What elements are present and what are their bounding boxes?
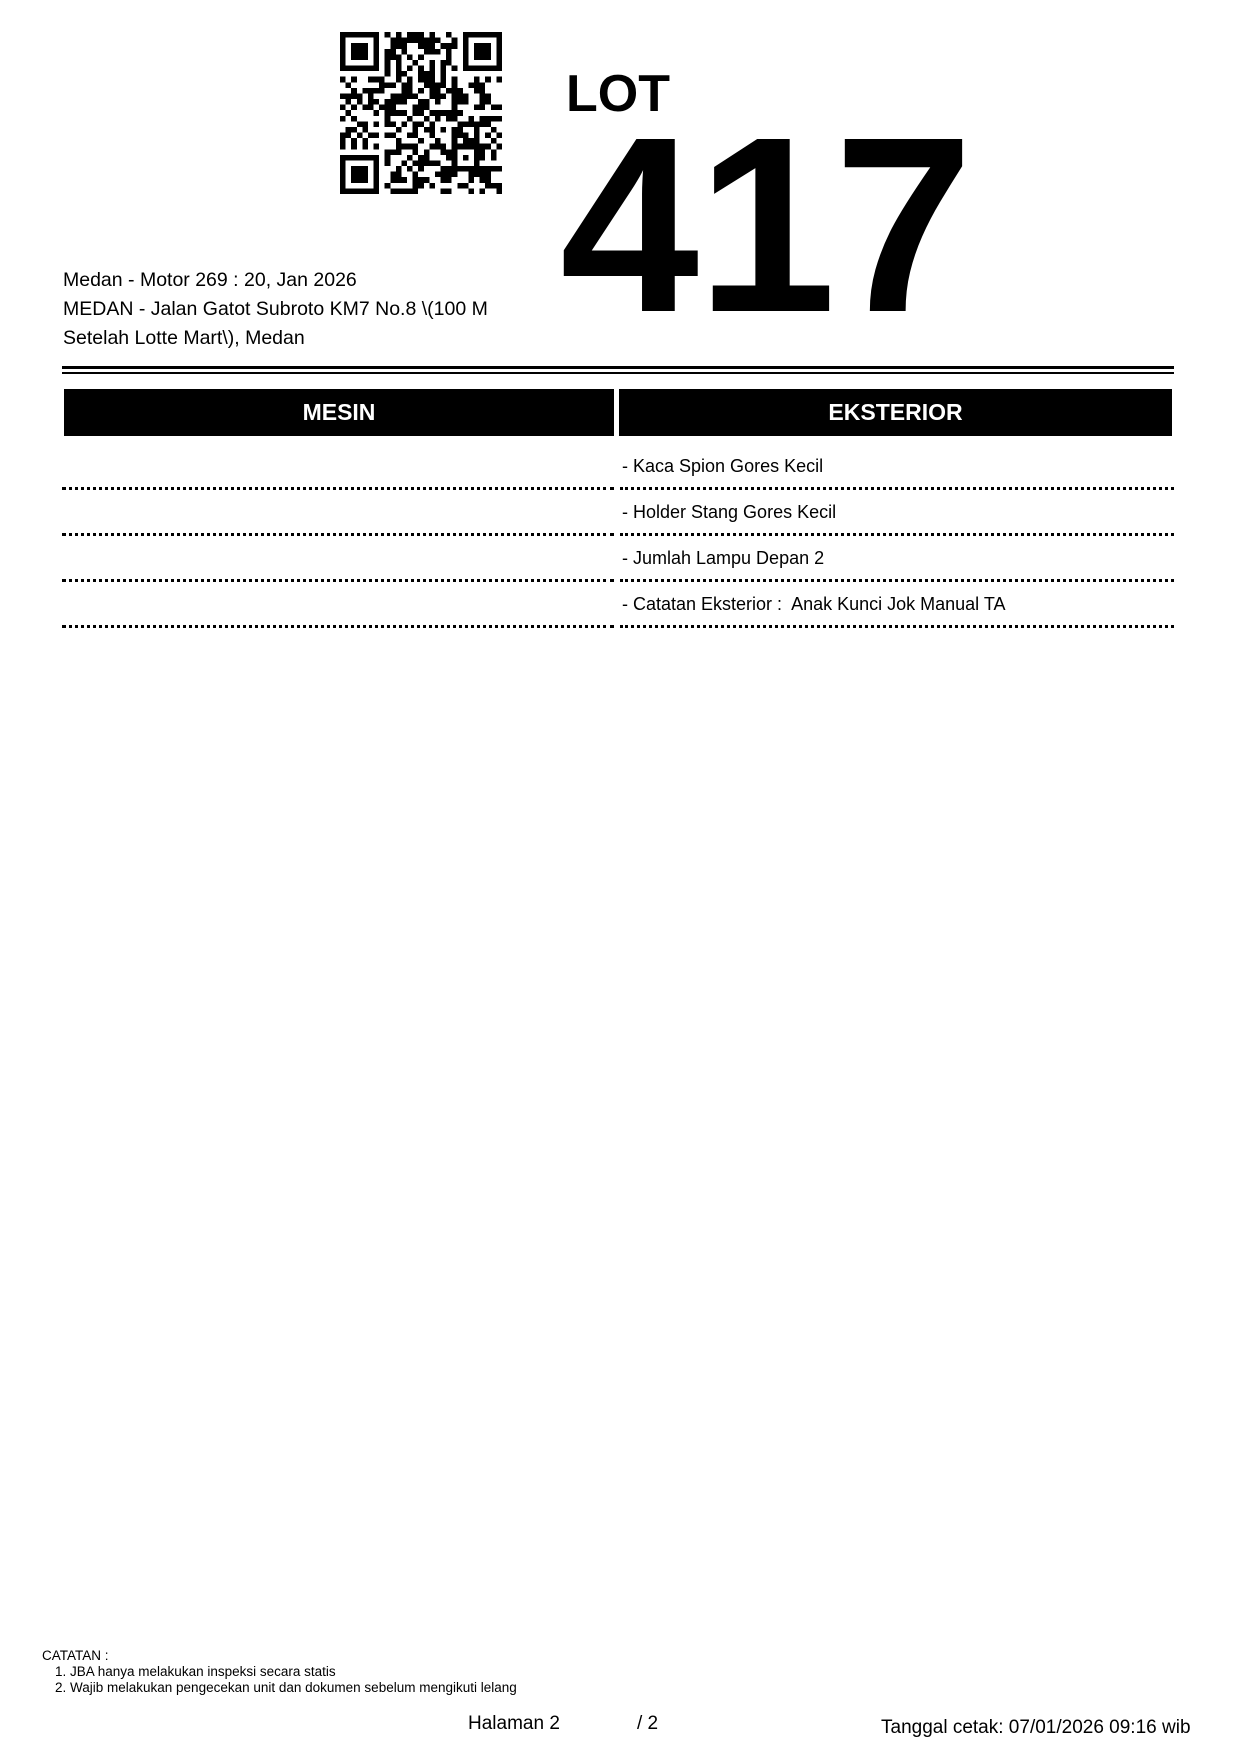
mesin-item [62, 444, 614, 490]
eksterior-item: - Kaca Spion Gores Kecil [620, 444, 1174, 490]
page-number: Halaman 2 [468, 1713, 560, 1735]
eksterior-item: - Catatan Eksterior : Anak Kunci Jok Man… [620, 582, 1174, 628]
qr-code-icon [340, 32, 502, 194]
note-item: JBA hanya melakukan inspeksi secara stat… [70, 1664, 517, 1680]
address-line-1: MEDAN - Jalan Gatot Subroto KM7 No.8 \(1… [63, 295, 543, 324]
mesin-item [62, 582, 614, 628]
header-divider-bottom [62, 372, 1174, 374]
mesin-section-header: MESIN [64, 389, 614, 436]
eksterior-section-header: EKSTERIOR [619, 389, 1172, 436]
header-divider-top [62, 366, 1174, 369]
auction-line: Medan - Motor 269 : 20, Jan 2026 [63, 266, 543, 295]
address-line-2: Setelah Lotte Mart\), Medan [63, 324, 543, 353]
lot-number: 417 [560, 100, 971, 350]
notes-title: CATATAN : [42, 1648, 517, 1664]
note-item: Wajib melakukan pengecekan unit dan doku… [70, 1680, 517, 1696]
notes: CATATAN : JBA hanya melakukan inspeksi s… [42, 1648, 517, 1696]
auction-info: Medan - Motor 269 : 20, Jan 2026 MEDAN -… [63, 266, 543, 353]
notes-list: JBA hanya melakukan inspeksi secara stat… [42, 1664, 517, 1696]
mesin-list [62, 444, 614, 628]
eksterior-item: - Holder Stang Gores Kecil [620, 490, 1174, 536]
page-total: / 2 [637, 1713, 658, 1735]
eksterior-list: - Kaca Spion Gores Kecil - Holder Stang … [620, 444, 1174, 628]
print-date: Tanggal cetak: 07/01/2026 09:16 wib [881, 1717, 1191, 1739]
mesin-item [62, 536, 614, 582]
eksterior-item: - Jumlah Lampu Depan 2 [620, 536, 1174, 582]
mesin-item [62, 490, 614, 536]
